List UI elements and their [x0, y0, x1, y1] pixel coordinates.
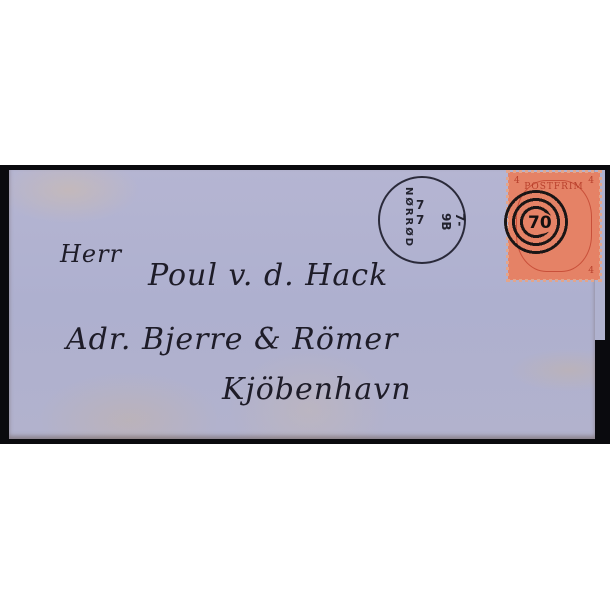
- postmark-day: 7: [416, 198, 424, 213]
- address-city: Kjöbenhavn: [222, 372, 412, 407]
- stamp-corner-value: 4: [588, 266, 594, 276]
- stamp-corner-value: 4: [588, 176, 594, 186]
- address-salutation: Herr: [60, 240, 122, 268]
- address-care-of: Adr. Bjerre & Römer: [66, 322, 399, 357]
- postmark-date: 7 7: [416, 198, 424, 228]
- postmark-time: 7-9B: [439, 213, 467, 235]
- circular-date-postmark: NØRRØD 7 7 7-9B: [378, 176, 466, 264]
- address-name: Poul v. d. Hack: [148, 258, 388, 293]
- stamp-text: POSTFRIM: [508, 182, 600, 192]
- postmark-month: 7: [416, 213, 424, 228]
- cancel-number: 70: [526, 212, 554, 234]
- postage-stamp: POSTFRIM 4 4 4 70: [508, 172, 600, 280]
- postmark-town: NØRRØD: [403, 187, 414, 248]
- stamp-corner-value: 4: [514, 176, 520, 186]
